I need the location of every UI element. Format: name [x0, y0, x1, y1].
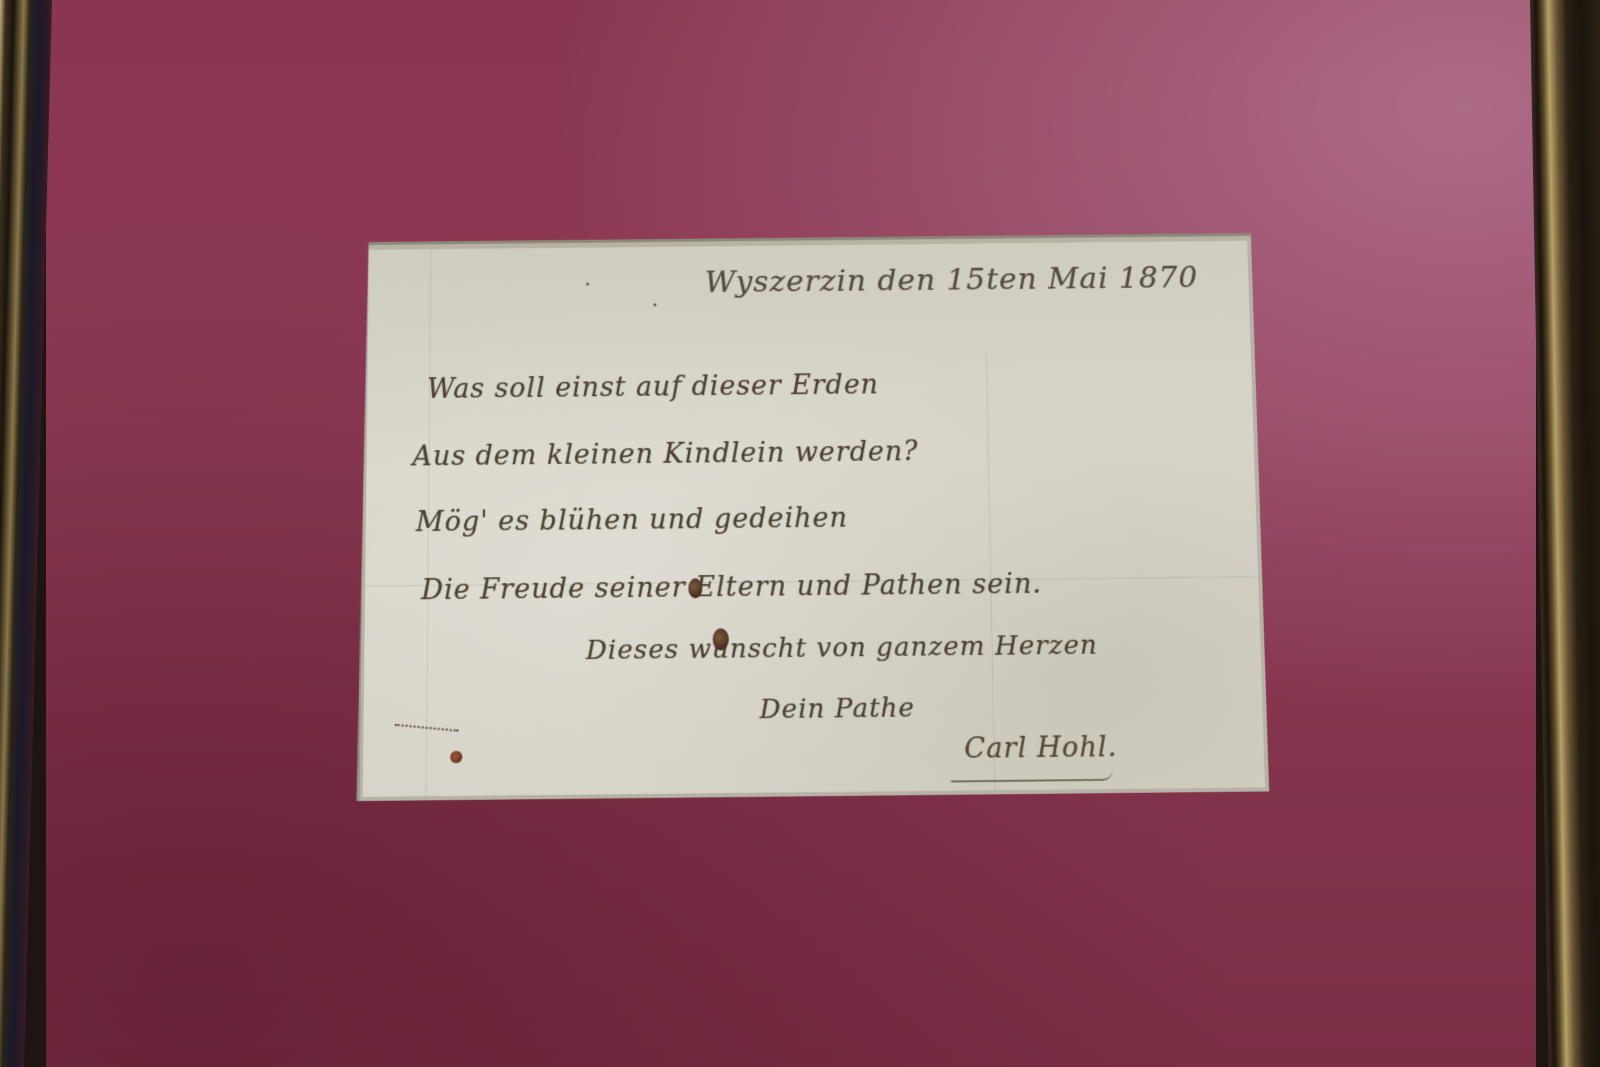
ink-speck: [586, 283, 589, 286]
letter-paper: Wyszerzin den 15ten Mai 1870 Was soll ei…: [363, 241, 1265, 797]
photo-scene: Wyszerzin den 15ten Mai 1870 Was soll ei…: [0, 0, 1600, 1067]
frame-molding-right: [1530, 0, 1600, 1067]
ink-blot: [450, 751, 462, 763]
frame-molding-left: [0, 0, 52, 1067]
letter-line: Was soll einst auf dieser Erden: [427, 370, 879, 405]
letter-line: Mög' es blühen und gedeihen: [416, 503, 848, 538]
letter-dateline: Wyszerzin den 15ten Mai 1870: [705, 261, 1199, 300]
ink-blot: [713, 628, 729, 650]
letter-line: Dieses wünscht von ganzem Herzen: [586, 630, 1098, 666]
signature-flourish: [950, 771, 1112, 783]
letter-signature: Carl Hohl.: [964, 732, 1118, 765]
letter-line: Aus dem kleinen Kindlein werden?: [412, 436, 918, 472]
burgundy-mat: Wyszerzin den 15ten Mai 1870 Was soll ei…: [46, 0, 1536, 1067]
ink-blot: [688, 578, 702, 598]
letter-closing: Dein Pathe: [759, 693, 915, 725]
ink-speck: [653, 303, 656, 306]
mat-opening: Wyszerzin den 15ten Mai 1870 Was soll ei…: [357, 233, 1270, 801]
letter-line: Die Freude seiner Eltern und Pathen sein…: [421, 569, 1042, 607]
